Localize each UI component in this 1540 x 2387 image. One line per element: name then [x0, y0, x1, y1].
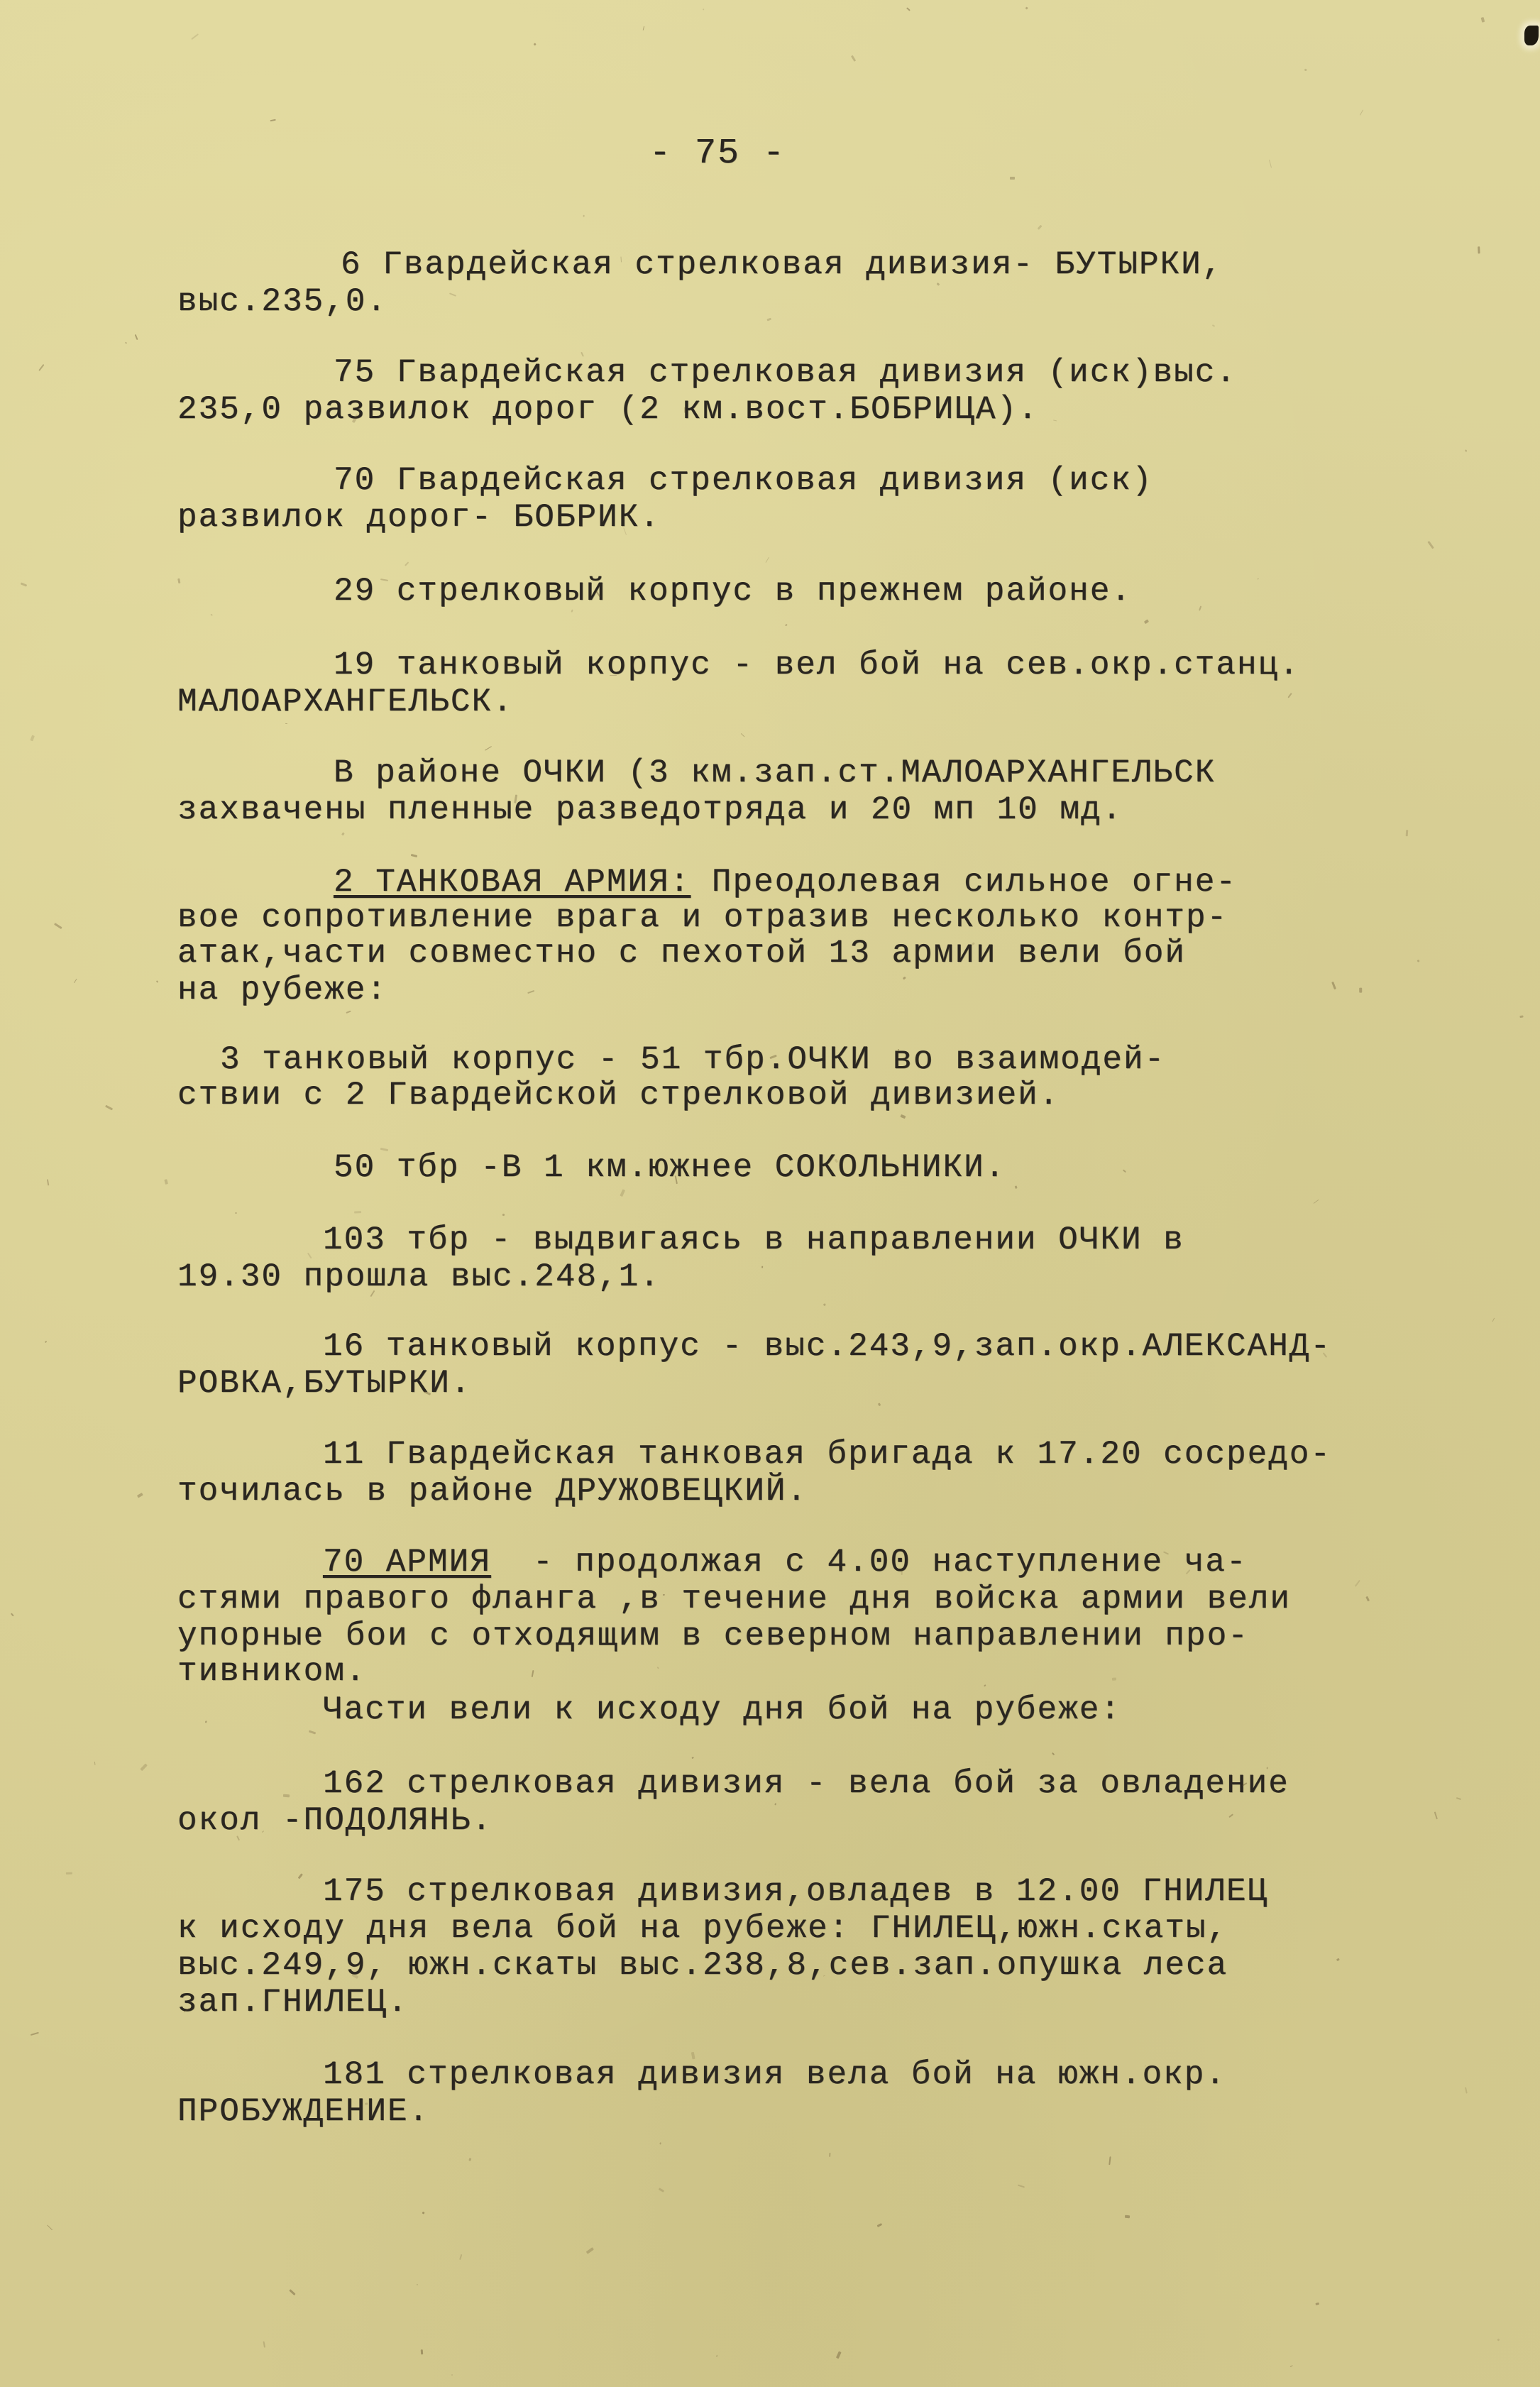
paper-speck	[1366, 1596, 1370, 1601]
text-line: 2 ТАНКОВАЯ АРМИЯ: Преодолевая сильное ог…	[334, 865, 1237, 900]
text-line: точилась в районе ДРУЖОВЕЦКИЙ.	[177, 1474, 808, 1509]
paper-speck	[289, 2289, 295, 2295]
paper-speck	[298, 1873, 304, 1879]
paper-speck	[137, 1493, 143, 1499]
paper-speck	[1316, 2303, 1319, 2305]
paper-speck	[1417, 959, 1420, 962]
paper-speck	[1481, 17, 1485, 23]
paper-speck	[459, 2254, 462, 2260]
paper-speck	[658, 2188, 664, 2192]
paper-speck	[449, 292, 456, 296]
text-line: 6 Гвардейская стрелковая дивизия- БУТЫРК…	[341, 247, 1223, 282]
paper-speck	[767, 317, 771, 321]
paper-speck	[1125, 2215, 1130, 2219]
paper-speck	[906, 7, 911, 11]
paper-speck	[1331, 982, 1336, 989]
text-line: выс.235,0.	[177, 284, 387, 319]
paper-speck	[1123, 1169, 1126, 1173]
paper-speck	[1010, 177, 1015, 180]
paper-speck	[1456, 1797, 1461, 1800]
paper-speck	[308, 1252, 312, 1258]
paper-speck	[21, 582, 27, 586]
paper-speck	[46, 1179, 49, 1185]
paper-speck	[285, 723, 287, 723]
paper-speck	[703, 9, 705, 11]
paper-speck	[533, 43, 537, 47]
text-line: 19.30 прошла выс.248,1.	[177, 1259, 661, 1295]
paper-speck	[656, 1667, 659, 1669]
paper-speck	[851, 55, 856, 62]
paper-speck	[837, 2352, 842, 2359]
paper-speck	[206, 1721, 207, 1723]
paper-speck	[1290, 2365, 1293, 2367]
paper-speck	[643, 26, 645, 30]
paper-speck	[1520, 1016, 1524, 1018]
paper-speck	[1199, 605, 1201, 610]
text-line: окол -ПОДОЛЯНЬ.	[177, 1803, 493, 1838]
paper-speck	[125, 341, 128, 344]
paper-speck	[829, 2153, 831, 2158]
paper-speck	[66, 1872, 72, 1875]
text-line: упорные бои с отходящим в северном напра…	[177, 1618, 1249, 1654]
paper-speck	[761, 1266, 763, 1268]
paper-speck	[140, 1763, 148, 1771]
paper-speck	[610, 675, 617, 676]
paper-speck	[1014, 1186, 1017, 1189]
text-line: 70 Гвардейская стрелковая дивизия (иск)	[334, 463, 1153, 498]
paper-speck	[1406, 830, 1409, 837]
text-line: 3 танковый корпус - 51 тбр.ОЧКИ во взаим…	[220, 1042, 1165, 1077]
text-line: 181 стрелковая дивизия вела бой на южн.о…	[323, 2057, 1226, 2092]
text-line: стями правого фланга ,в течение дня войс…	[177, 1581, 1291, 1617]
paper-speck	[309, 1730, 316, 1735]
paper-speck	[1144, 620, 1149, 624]
paper-speck	[691, 2052, 695, 2059]
paper-speck	[901, 1114, 906, 1119]
text-line: зап.ГНИЛЕЦ.	[177, 1985, 409, 2020]
text-line: 235,0 развилок дорог (2 км.вост.БОБРИЦА)…	[177, 392, 1039, 427]
paper-speck	[405, 561, 409, 566]
text-line: РОВКА,БУТЫРКИ.	[177, 1366, 471, 1401]
paper-speck	[1497, 2339, 1500, 2342]
paper-speck	[659, 2142, 661, 2144]
underlined-heading: 70 АРМИЯ	[323, 1544, 491, 1581]
paper-speck	[878, 1403, 881, 1407]
text-line: Части вели к исходу дня бой на рубеже:	[323, 1692, 1121, 1728]
paper-speck	[365, 2102, 368, 2105]
paper-speck	[45, 1340, 48, 1343]
paper-speck	[1478, 246, 1480, 253]
paper-speck	[1360, 109, 1363, 115]
paper-speck	[571, 609, 573, 613]
paper-speck	[765, 556, 769, 562]
paper-speck	[1109, 2156, 1111, 2165]
paper-speck	[785, 624, 788, 626]
paper-speck	[1465, 449, 1467, 452]
text-line: тивником.	[177, 1654, 366, 1689]
text-line: к исходу дня вела бой на рубеже: ГНИЛЕЦ,…	[177, 1911, 1228, 1946]
paper-speck	[740, 733, 744, 737]
paper-speck	[178, 578, 181, 583]
paper-speck	[532, 1670, 534, 1677]
paper-speck	[984, 1684, 986, 1687]
paper-speck	[823, 1304, 826, 1307]
paper-speck	[411, 854, 418, 857]
paper-speck	[1228, 1814, 1233, 1818]
paper-speck	[903, 977, 906, 980]
paper-speck	[263, 2341, 265, 2347]
paper-speck	[48, 2224, 53, 2230]
text-line: атак,части совместно с пехотой 13 армии …	[177, 935, 1186, 971]
paper-speck	[11, 1613, 13, 1616]
text-line: ПРОБУЖДЕНИЕ.	[177, 2094, 429, 2129]
paper-speck	[417, 2283, 418, 2286]
text-line: развилок дорог- БОБРИК.	[177, 500, 661, 535]
paper-speck	[583, 215, 585, 217]
text-line: 29 стрелковый корпус в прежнем районе.	[334, 574, 1132, 609]
page-number: - 75 -	[649, 136, 786, 172]
paper-speck	[1337, 1958, 1341, 1960]
text-line: В районе ОЧКИ (3 км.зап.ст.МАЛОАРХАНГЕЛЬ…	[334, 755, 1216, 791]
text-line: 50 тбр -В 1 км.южнее СОКОЛЬНИКИ.	[334, 1150, 1006, 1185]
text-line: 16 танковый корпус - выс.243,9,зап.окр.А…	[323, 1329, 1331, 1364]
paper-speck	[586, 2247, 594, 2254]
paper-speck	[691, 1757, 694, 1759]
paper-speck	[732, 1559, 733, 1562]
paper-speck	[1269, 160, 1272, 168]
paper-speck	[235, 1212, 237, 1214]
paper-speck	[94, 1762, 96, 1765]
paper-speck	[191, 34, 198, 40]
text-line: 103 тбр - выдвигаясь в направлении ОЧКИ …	[323, 1222, 1184, 1258]
paper-speck	[1038, 225, 1042, 230]
paper-speck	[165, 1179, 168, 1184]
paper-speck	[135, 334, 138, 340]
paper-speck	[74, 979, 77, 983]
paper-speck	[485, 746, 492, 751]
text-line: 162 стрелковая дивизия - вела бой за овл…	[323, 1766, 1289, 1801]
paper-speck	[1359, 987, 1362, 992]
paper-speck	[527, 991, 534, 994]
paper-speck	[1051, 1752, 1054, 1756]
paper-hole	[1524, 26, 1539, 45]
paper-speck	[468, 2158, 471, 2161]
paper-speck	[901, 1569, 903, 1575]
text-line: МАЛОАРХАНГЕЛЬСК.	[177, 684, 514, 720]
paper-speck	[774, 1803, 776, 1806]
paper-speck	[1492, 1318, 1495, 1322]
document-page: - 75 - 6 Гвардейская стрелковая дивизия-…	[0, 0, 1540, 2387]
text-line: 75 Гвардейская стрелковая дивизия (иск)в…	[334, 355, 1237, 390]
paper-speck	[1025, 6, 1029, 10]
text-line: захвачены пленные разведотряда и 20 мп 1…	[177, 792, 1123, 828]
text-line: вое сопротивление врага и отразив нескол…	[177, 900, 1228, 935]
paper-speck	[1018, 2184, 1025, 2188]
text-line: 175 стрелковая дивизия,овладев в 12.00 Г…	[323, 1874, 1268, 1909]
paper-speck	[422, 2212, 425, 2215]
paper-speck	[876, 2222, 882, 2227]
text-line: ствии с 2 Гвардейской стрелковой дивизие…	[177, 1077, 1060, 1113]
paper-speck	[30, 735, 34, 741]
paper-speck	[1053, 420, 1057, 422]
text-line: 70 АРМИЯ - продолжая с 4.00 наступление …	[323, 1544, 1248, 1580]
text-line: 19 танковый корпус - вел бой на сев.окр.…	[334, 647, 1300, 683]
paper-speck	[1355, 1580, 1360, 1587]
paper-speck	[1427, 541, 1434, 549]
text-line: выс.249,9, южн.скаты выс.238,8,сев.зап.о…	[177, 1948, 1228, 1983]
paper-speck	[38, 364, 44, 371]
paper-speck	[502, 1213, 505, 1215]
paper-speck	[105, 1105, 113, 1111]
paper-speck	[156, 980, 158, 983]
paper-speck	[1304, 69, 1307, 72]
underlined-heading: 2 ТАНКОВАЯ АРМИЯ:	[334, 864, 691, 901]
text-line: 11 Гвардейская танковая бригада к 17.20 …	[323, 1437, 1331, 1472]
paper-speck	[31, 2032, 39, 2036]
paper-speck	[1257, 578, 1259, 580]
paper-speck	[270, 119, 275, 121]
paper-speck	[1288, 693, 1292, 698]
paper-speck	[1112, 1678, 1116, 1681]
paper-speck	[341, 833, 345, 836]
paper-speck	[715, 2355, 717, 2357]
paper-speck	[620, 1190, 625, 1197]
paper-speck	[54, 923, 62, 928]
text-line: на рубеже:	[177, 972, 387, 1008]
paper-speck	[421, 2349, 424, 2354]
paper-speck	[1313, 1199, 1319, 1203]
paper-speck	[354, 1211, 361, 1214]
paper-speck	[1434, 1811, 1438, 1819]
paper-speck	[283, 1794, 290, 1796]
paper-speck	[210, 614, 213, 616]
paper-speck	[1464, 2087, 1467, 2095]
paper-speck	[451, 2374, 453, 2376]
paper-speck	[346, 1011, 351, 1014]
paper-speck	[1211, 324, 1215, 327]
